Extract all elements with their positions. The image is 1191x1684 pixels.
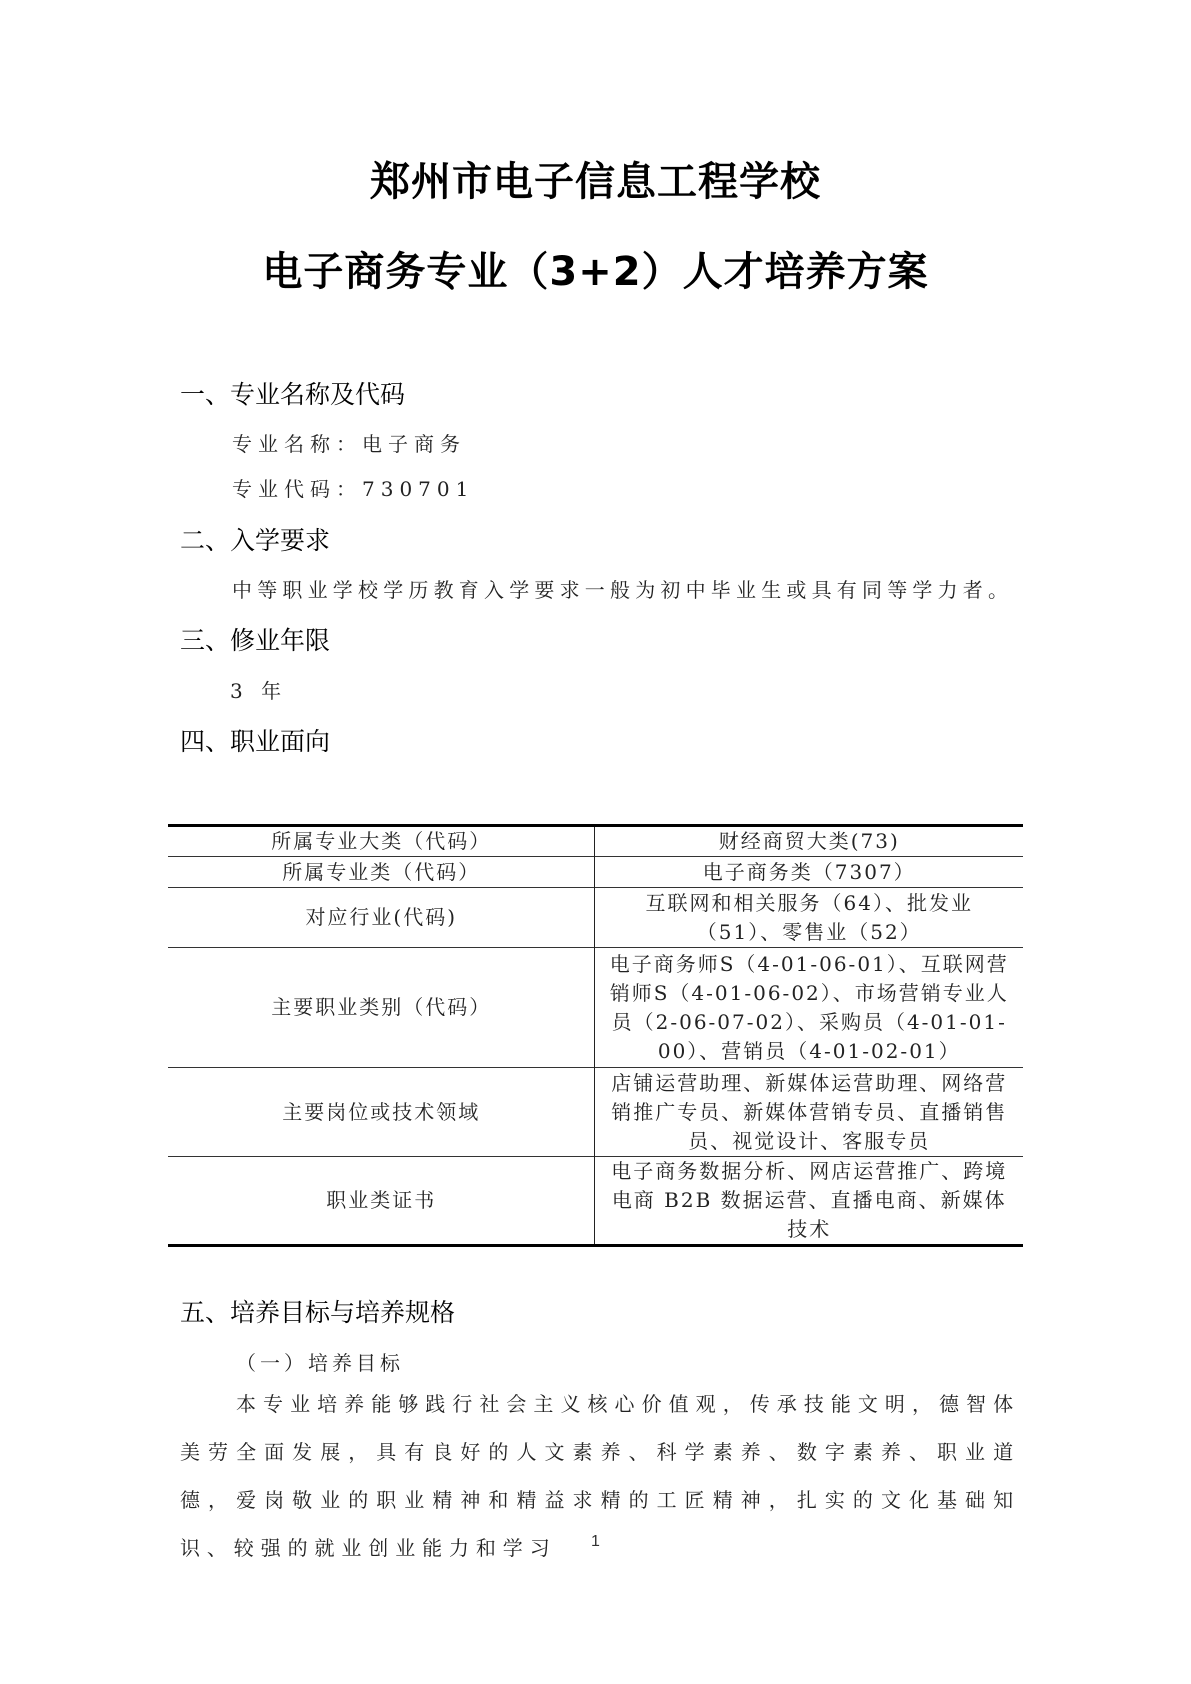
table-row: 对应行业(代码) 互联网和相关服务（64）、批发业（51）、零售业（52）	[168, 888, 1023, 948]
sub-heading-training-goal: （一）培养目标	[236, 1347, 404, 1376]
table-cell-value: 互联网和相关服务（64）、批发业（51）、零售业（52）	[595, 888, 1023, 948]
section-heading-admission: 二、入学要求	[180, 521, 330, 557]
table-row: 主要职业类别（代码） 电子商务师S（4-01-06-01）、互联网营销师S（4-…	[168, 948, 1023, 1068]
table-cell-label: 主要岗位或技术领域	[168, 1068, 595, 1157]
table-cell-label: 主要职业类别（代码）	[168, 948, 595, 1068]
major-code-line: 专业代码：730701	[232, 473, 474, 502]
table-row: 职业类证书 电子商务数据分析、网店运营推广、跨境电商 B2B 数据运营、直播电商…	[168, 1157, 1023, 1246]
major-name-line: 专业名称：电子商务	[232, 428, 466, 457]
duration-text: 3 年	[230, 675, 287, 704]
document-title-plan: 电子商务专业（3+2）人才培养方案	[0, 240, 1191, 297]
table-row: 所属专业大类（代码） 财经商贸大类(73)	[168, 826, 1023, 857]
table-row: 主要岗位或技术领域 店铺运营助理、新媒体运营助理、网络营销推广专员、新媒体营销专…	[168, 1068, 1023, 1157]
section-heading-career-orientation: 四、职业面向	[180, 722, 330, 758]
section-heading-duration: 三、修业年限	[180, 621, 330, 657]
career-orientation-table: 所属专业大类（代码） 财经商贸大类(73) 所属专业类（代码） 电子商务类（73…	[168, 824, 1023, 1247]
table-cell-value: 电子商务类（7307）	[595, 857, 1023, 888]
table-cell-value: 电子商务数据分析、网店运营推广、跨境电商 B2B 数据运营、直播电商、新媒体技术	[595, 1157, 1023, 1246]
section-heading-major-name-code: 一、专业名称及代码	[180, 375, 405, 411]
table-row: 所属专业类（代码） 电子商务类（7307）	[168, 857, 1023, 888]
table-cell-value: 电子商务师S（4-01-06-01）、互联网营销师S（4-01-06-02）、市…	[595, 948, 1023, 1068]
admission-requirement-text: 中等职业学校学历教育入学要求一般为初中毕业生或具有同等学力者。	[232, 574, 1013, 603]
table-cell-value: 店铺运营助理、新媒体运营助理、网络营销推广专员、新媒体营销专员、直播销售员、视觉…	[595, 1068, 1023, 1157]
page-number: 1	[0, 1533, 1191, 1551]
table-cell-label: 所属专业大类（代码）	[168, 826, 595, 857]
table-cell-value: 财经商贸大类(73)	[595, 826, 1023, 857]
section-heading-training-goals: 五、培养目标与培养规格	[180, 1293, 455, 1329]
document-title-school: 郑州市电子信息工程学校	[0, 150, 1191, 207]
table-cell-label: 所属专业类（代码）	[168, 857, 595, 888]
document-page: 郑州市电子信息工程学校 电子商务专业（3+2）人才培养方案 一、专业名称及代码 …	[0, 0, 1191, 1684]
table-cell-label: 对应行业(代码)	[168, 888, 595, 948]
table-cell-label: 职业类证书	[168, 1157, 595, 1246]
